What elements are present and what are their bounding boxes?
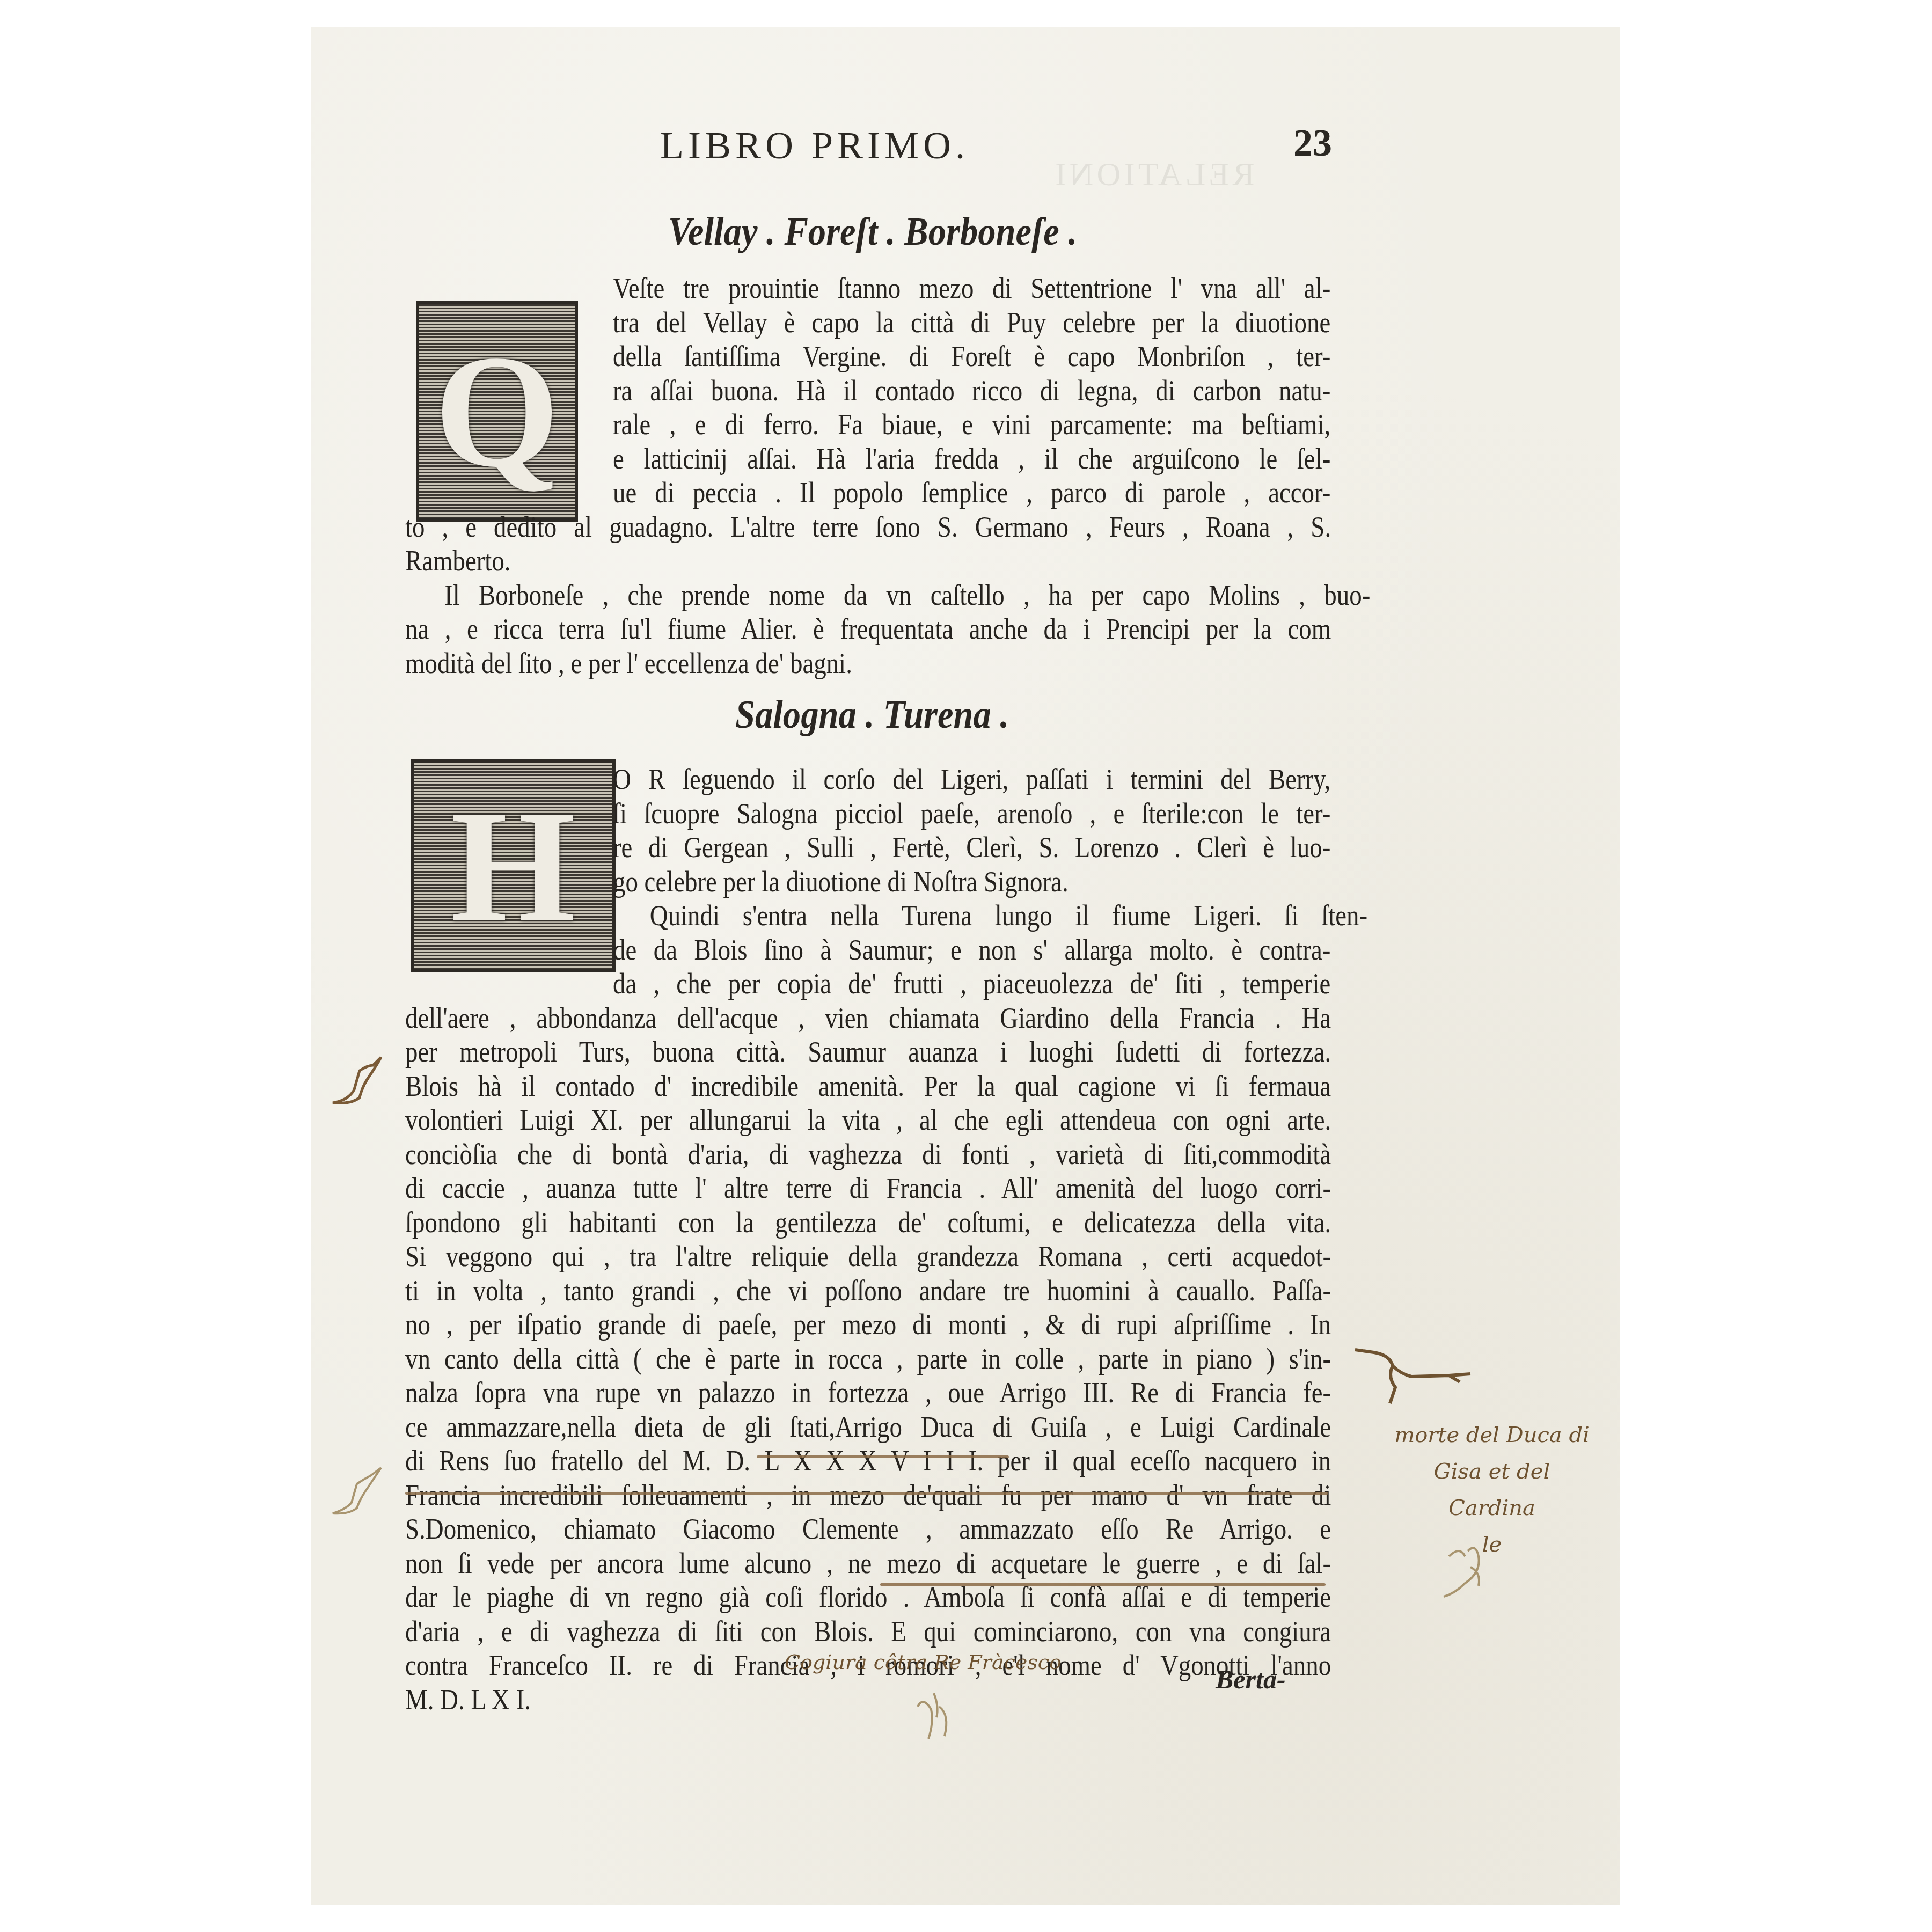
text-line: d'aria , e di vaghezza di ſiti con Blois… <box>405 1614 1331 1649</box>
catchword: Berta- <box>1216 1664 1286 1695</box>
text-line: ſi ſcuopre Salogna picciol paeſe, arenoſ… <box>613 796 1330 831</box>
text-line: vn canto della città ( che è parte in ro… <box>405 1342 1331 1376</box>
text-line: ra aſſai buona. Hà il contado ricco di l… <box>613 374 1330 408</box>
text-line: dell'aere , abbondanza dell'acque , vien… <box>405 1001 1331 1035</box>
text-line: na , e ricca terra ſu'l fiume Alier. è f… <box>405 612 1331 646</box>
section-text-salogna: O R ſeguendo il corſo del Ligeri, paſſat… <box>405 762 1202 1716</box>
text-line: Il Borboneſe , che prende nome da vn caſ… <box>405 578 1370 612</box>
text-line: re di Gergean , Sulli , Fertè, Clerì, S.… <box>613 830 1330 865</box>
text-line: de da Blois ſino à Saumur; e non s' alla… <box>613 933 1330 967</box>
text-line: da , che per copia de' frutti , piaceuol… <box>613 967 1330 1001</box>
running-header: LIBRO PRIMO. <box>660 123 969 168</box>
text-line: non ſi vede per ancora lume alcuno , ne … <box>405 1546 1331 1580</box>
section-heading-salogna: Salogna . Turena . <box>735 692 1009 738</box>
text-line: to , e dedito al guadagno. L'altre terre… <box>405 510 1331 544</box>
text-line: Francia incredibili ſolleuamenti , in me… <box>405 1478 1331 1512</box>
text-line: ſpondono gli habitanti con la gentilezza… <box>405 1205 1331 1240</box>
page-number: 23 <box>1293 121 1332 165</box>
text-line: di caccie , auanza tutte l' altre terre … <box>405 1171 1331 1205</box>
flourish-icon <box>1438 1535 1497 1599</box>
text-line: S.Domenico, chiamato Giacomo Clemente , … <box>405 1512 1331 1546</box>
text-line: Blois hà il contado d' incredibile ameni… <box>405 1069 1331 1103</box>
text-line: nalza ſopra vna rupe vn palazzo in forte… <box>405 1375 1331 1410</box>
text-line: della ſantiſſima Vergine. di Foreſt è ca… <box>613 339 1330 374</box>
text-line: Ramberto. <box>405 544 1331 578</box>
ink-underline <box>405 1492 1328 1495</box>
ink-underline <box>880 1583 1326 1586</box>
text-line: tra del Vellay è capo la città di Puy ce… <box>613 305 1330 340</box>
text-line: ti in volta , tanto grandi , che vi poſſ… <box>405 1274 1331 1308</box>
manicule-icon <box>327 1046 392 1111</box>
text-line: Veſte tre prouintie ſtanno mezo di Sette… <box>613 271 1330 305</box>
text-line: ue di peccia . Il popolo ſemplice , parc… <box>613 475 1330 510</box>
text-line: ce ammazzare,nella dieta de gli ſtati,Ar… <box>405 1410 1331 1444</box>
text-line: M. D. L X I. <box>405 1682 1331 1717</box>
text-line: di Rens ſuo fratello del M. D. L X X X V… <box>405 1444 1331 1478</box>
text-line: O R ſeguendo il corſo del Ligeri, paſſat… <box>613 762 1330 796</box>
text-line: no , per iſpatio grande di paeſe, per me… <box>405 1307 1331 1342</box>
text-line: go celebre per la diuotione di Noſtra Si… <box>613 865 1330 899</box>
show-through-text: RELATIONI <box>1052 156 1255 194</box>
text-line: rale , e di ferro. Fa biaue, e vini parc… <box>613 407 1330 442</box>
bottom-note: Cogiura côtra Re Fràcesco <box>762 1650 1084 1674</box>
manicule-icon <box>1347 1344 1476 1419</box>
text-line: e latticinij aſſai. Hà l'aria fredda , i… <box>613 442 1330 476</box>
text-line: conciòſia che di bontà d'aria, di vaghez… <box>405 1137 1331 1172</box>
text-line: per metropoli Turs, buona città. Saumur … <box>405 1035 1331 1069</box>
manicule-icon <box>327 1460 392 1519</box>
ink-underline <box>757 1455 1009 1458</box>
text-line: Si veggono qui , tra l'altre reliquie de… <box>405 1239 1331 1274</box>
text-line: volontieri Luigi XI. per allungarui la v… <box>405 1103 1331 1137</box>
text-line: Quindi s'entra nella Turena lungo il fiu… <box>613 898 1367 933</box>
flourish-icon <box>907 1685 961 1744</box>
section-heading-vellay: Vellay . Foreſt . Borboneſe . <box>668 209 1077 255</box>
text-line: modità del ſito , e per l' eccellenza de… <box>405 646 1331 680</box>
section-text-vellay: Veſte tre prouintie ſtanno mezo di Sette… <box>405 271 1202 680</box>
